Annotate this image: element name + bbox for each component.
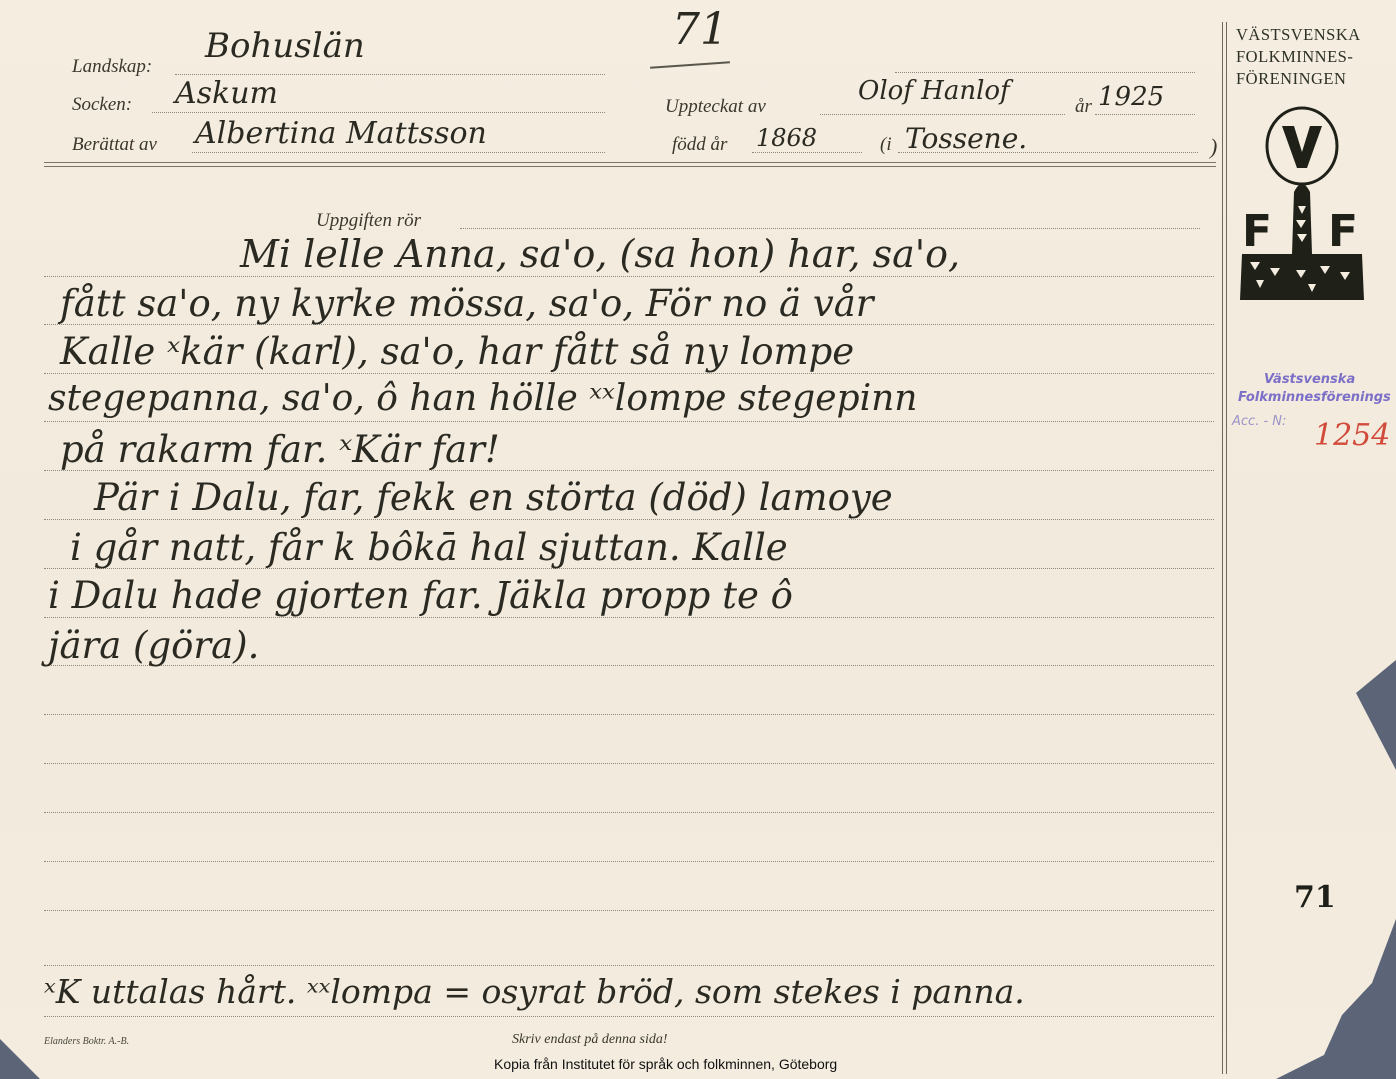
stamp-line: Folkminnesförenings (1238, 390, 1391, 405)
page-number: 71 (1294, 880, 1336, 915)
handwritten-line: Pär i Dalu, far, fekk en störta (död) la… (94, 476, 893, 519)
stamp-line: Västsvenska (1264, 372, 1355, 387)
subject-label: Uppgiften rör (316, 210, 421, 232)
year-label: år (1075, 96, 1092, 118)
born-label: född år (672, 134, 727, 156)
recorded-by-line (820, 114, 1065, 115)
footnote: ˣK uttalas hårt. ˣˣlompa = osyrat bröd, … (44, 972, 1025, 1011)
berattat-line (192, 152, 605, 153)
ruled-line (44, 373, 1214, 374)
org-name-line: FOLKMINNES- (1236, 46, 1361, 68)
footer-instruction: Skriv endast på denna sida! (512, 1032, 668, 1048)
handwritten-line: på rakarm far. ˣKär far! (60, 428, 500, 471)
berattat-value: Albertina Mattsson (195, 116, 487, 151)
vff-logo-icon: F F (1236, 106, 1368, 306)
berattat-label: Berättat av (72, 134, 157, 156)
landskap-label: Landskap: (72, 56, 152, 78)
born-value: 1868 (756, 124, 817, 152)
year-value: 1925 (1098, 82, 1164, 112)
socken-value: Askum (175, 76, 278, 111)
org-name-line: FÖRENINGEN (1236, 68, 1361, 90)
ruled-line (44, 1016, 1214, 1017)
margin-border (1222, 22, 1223, 1074)
ruled-line (44, 763, 1214, 764)
ruled-line (44, 714, 1214, 715)
ruled-line (44, 617, 1214, 618)
ruled-line (44, 276, 1214, 277)
svg-text:F: F (1242, 206, 1272, 257)
born-line (752, 152, 862, 153)
ruled-line (44, 861, 1214, 862)
handwritten-line: Mi lelle Anna, sa'o, (sa hon) har, sa'o, (240, 232, 960, 276)
recorded-by-label: Uppteckat av (665, 96, 766, 118)
org-name-line: VÄSTSVENSKA (1236, 24, 1361, 46)
handwritten-line: stegepanna, sa'o, ô han hölle ˣˣlompe st… (48, 378, 917, 419)
margin-border (1226, 22, 1227, 1074)
ruled-line (44, 812, 1214, 813)
organization-name: VÄSTSVENSKA FOLKMINNES- FÖRENINGEN (1236, 24, 1361, 90)
handwritten-line: jära (göra). (48, 624, 259, 667)
socken-label: Socken: (72, 94, 132, 116)
ruled-line (44, 519, 1214, 520)
socken-line (152, 112, 605, 113)
ruled-line (44, 421, 1214, 422)
landskap-value: Bohuslän (205, 26, 365, 66)
handwritten-line: Kalle ˣkär (karl), sa'o, har fått så ny … (60, 330, 854, 373)
ruled-line (44, 965, 1214, 966)
landskap-line (175, 74, 605, 75)
svg-text:F: F (1328, 206, 1358, 257)
handwritten-line: fått sa'o, ny kyrke mössa, sa'o, För no … (60, 282, 874, 325)
header-rule (44, 166, 1216, 167)
born-place-value: Tossene. (905, 122, 1027, 155)
year-line (1095, 114, 1195, 115)
ruled-line (44, 910, 1214, 911)
handwritten-line: i går natt, får k bôkā hal sjuttan. Kall… (70, 526, 788, 569)
subject-line (460, 228, 1200, 229)
copy-notice: Kopia från Institutet för språk och folk… (494, 1056, 837, 1072)
archive-number: 71 (672, 4, 728, 55)
stamp-line: Acc. - N: (1232, 414, 1286, 429)
born-place-suffix: ) (1210, 134, 1217, 160)
header-rule (44, 162, 1216, 163)
born-place-prefix: (i (880, 134, 892, 156)
blank-line (895, 72, 1195, 73)
recorded-by-value: Olof Hanlof (858, 76, 1010, 106)
printer-imprint: Elanders Boktr. A.-B. (44, 1036, 129, 1047)
accession-number: 1254 (1314, 418, 1390, 453)
handwritten-line: i Dalu hade gjorten far. Jäkla propp te … (48, 574, 793, 617)
